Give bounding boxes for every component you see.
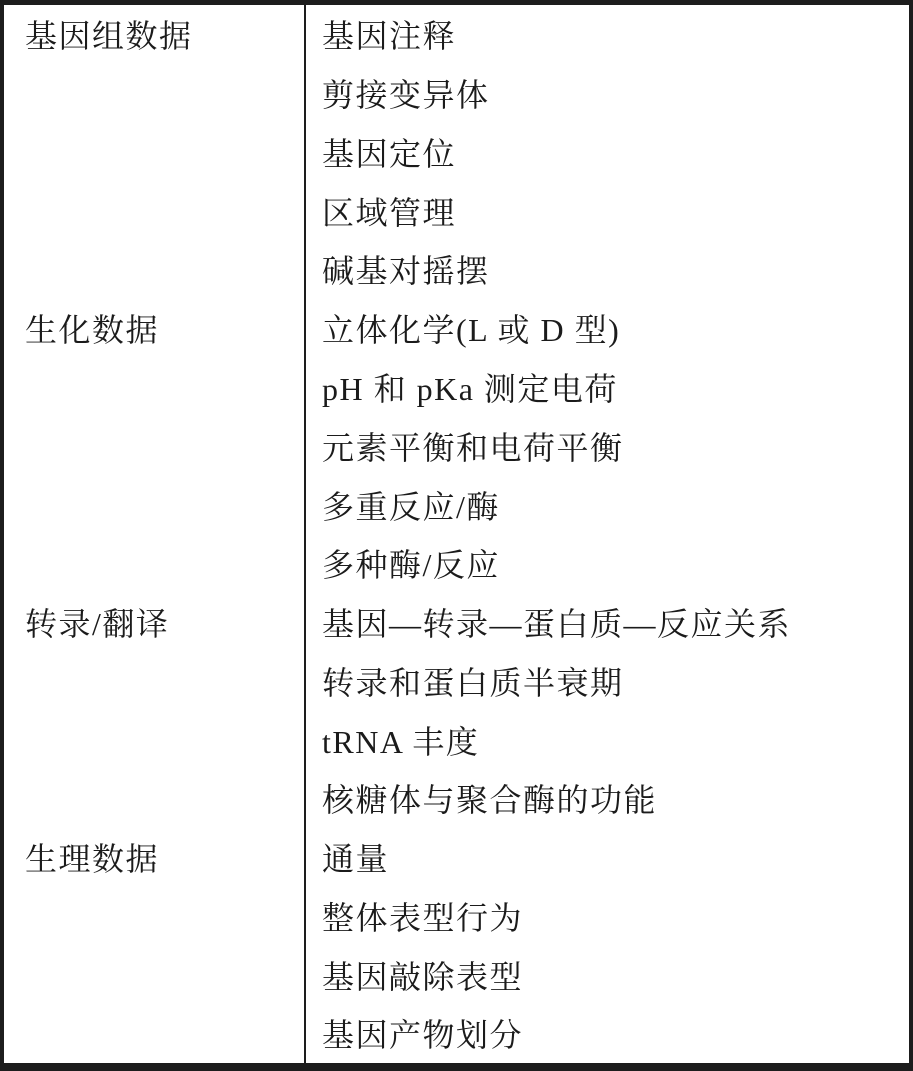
table-group-row: 生理数据通量整体表型行为基因敲除表型基因产物划分 <box>4 828 909 1063</box>
items-cell: 基因注释剪接变异体基因定位区域管理碱基对摇摆 <box>306 5 909 299</box>
item-label: 多种酶/反应 <box>322 534 909 593</box>
item-label: 基因产物划分 <box>322 1004 909 1063</box>
item-label: 基因定位 <box>322 123 909 182</box>
item-label: 转录和蛋白质半衰期 <box>322 651 909 710</box>
item-label: 基因注释 <box>322 5 909 64</box>
table-group-row: 转录/翻译基因—转录—蛋白质—反应关系转录和蛋白质半衰期tRNA 丰度核糖体与聚… <box>4 593 909 828</box>
table-group-row: 基因组数据基因注释剪接变异体基因定位区域管理碱基对摇摆 <box>4 5 909 299</box>
category-cell: 基因组数据 <box>4 5 306 299</box>
data-types-table: 基因组数据基因注释剪接变异体基因定位区域管理碱基对摇摆生化数据立体化学(L 或 … <box>0 0 913 1071</box>
items-cell: 立体化学(L 或 D 型)pH 和 pKa 测定电荷元素平衡和电荷平衡多重反应/… <box>306 299 909 593</box>
item-label: 区域管理 <box>322 181 909 240</box>
category-cell: 生理数据 <box>4 828 306 1063</box>
item-label: tRNA 丰度 <box>322 710 909 769</box>
item-label: 整体表型行为 <box>322 886 909 945</box>
table-group-row: 生化数据立体化学(L 或 D 型)pH 和 pKa 测定电荷元素平衡和电荷平衡多… <box>4 299 909 593</box>
item-label: 剪接变异体 <box>322 64 909 123</box>
category-cell: 转录/翻译 <box>4 593 306 828</box>
item-label: 通量 <box>322 828 909 887</box>
category-label: 生理数据 <box>25 828 304 887</box>
item-label: 碱基对摇摆 <box>322 240 909 299</box>
category-label: 基因组数据 <box>25 5 304 64</box>
items-cell: 通量整体表型行为基因敲除表型基因产物划分 <box>306 828 909 1063</box>
item-label: 多重反应/酶 <box>322 475 909 534</box>
item-label: 基因—转录—蛋白质—反应关系 <box>322 593 909 652</box>
category-cell: 生化数据 <box>4 299 306 593</box>
item-label: 基因敲除表型 <box>322 945 909 1004</box>
item-label: pH 和 pKa 测定电荷 <box>322 358 909 417</box>
item-label: 核糖体与聚合酶的功能 <box>322 769 909 828</box>
items-cell: 基因—转录—蛋白质—反应关系转录和蛋白质半衰期tRNA 丰度核糖体与聚合酶的功能 <box>306 593 909 828</box>
item-label: 立体化学(L 或 D 型) <box>322 299 909 358</box>
item-label: 元素平衡和电荷平衡 <box>322 416 909 475</box>
category-label: 生化数据 <box>25 299 304 358</box>
table-body: 基因组数据基因注释剪接变异体基因定位区域管理碱基对摇摆生化数据立体化学(L 或 … <box>4 5 909 1063</box>
category-label: 转录/翻译 <box>25 593 304 652</box>
